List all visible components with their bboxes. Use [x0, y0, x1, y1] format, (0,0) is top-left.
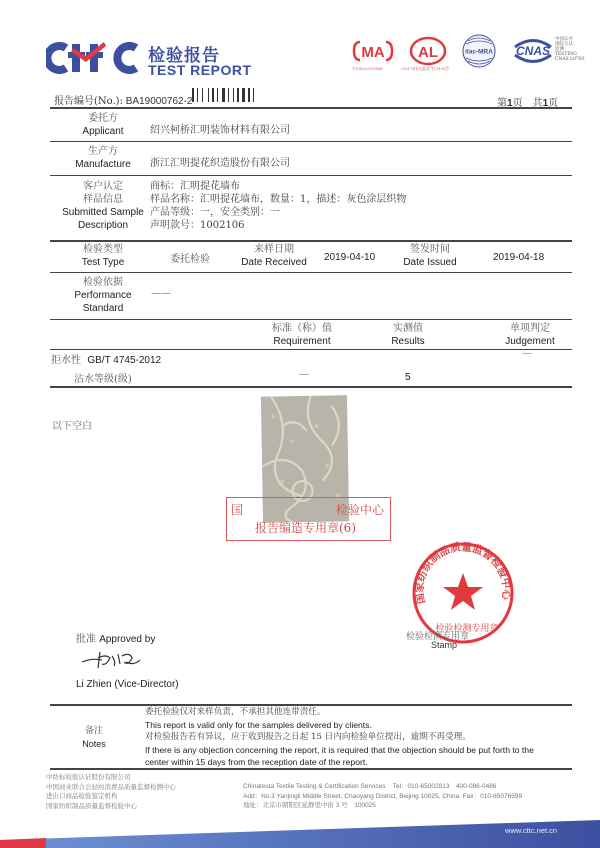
cma-number: 170033310366	[352, 66, 383, 71]
divider	[50, 141, 572, 142]
manufacture-label: 生产方 Manufacture	[47, 145, 159, 171]
divider	[50, 319, 572, 320]
result-value: 5	[405, 372, 411, 383]
website-link[interactable]: www.cttc.net.cn	[505, 826, 557, 835]
cal-number: (2017)国认监认字(319)号	[401, 66, 449, 72]
date-issued-value: 2019-04-18	[493, 252, 544, 263]
divider	[50, 107, 572, 109]
report-title-en: TEST REPORT	[148, 62, 252, 78]
date-issued-label: 签发时间 Date Issued	[398, 243, 462, 269]
sample-label: 客户认定 样品信息 Submitted Sample Description	[47, 180, 159, 232]
blank-below-note: 以下空白	[52, 417, 92, 432]
date-received-label: 来样日期 Date Received	[236, 243, 312, 269]
applicant-value: 绍兴柯桥汇明装饰材料有限公司	[150, 121, 290, 136]
stamp-label-en: Stamp	[431, 640, 457, 650]
report-stamp-rect: 国 检验中心 报告编造专用章(6)	[226, 497, 391, 541]
standard-value: ——	[151, 288, 171, 299]
column-results: 实测值 Results	[378, 322, 438, 348]
svg-text:CNAS: CNAS	[516, 44, 550, 58]
report-number: 报告编号(No.): BA19000762-2	[54, 92, 192, 107]
column-requirement: 标准（称）值 Requirement	[262, 322, 342, 348]
notes-text: 委托检验仅对来样负责，不承担其他连带责任。 This report is val…	[145, 706, 575, 769]
footer-orgs: 中纺标检验认证股份有限公司 中国商业联合会轻纺消费品质量监督检测中心 进出口商品…	[46, 773, 176, 811]
report-number-value: BA19000762-2	[126, 96, 193, 107]
divider	[50, 386, 572, 388]
svg-text:AL: AL	[418, 44, 438, 61]
manufacture-value: 浙江汇明提花织造股份有限公司	[150, 154, 290, 169]
result-item: 沾水等级(级)	[74, 370, 132, 385]
divider	[50, 240, 572, 242]
date-received-value: 2019-04-10	[324, 252, 375, 263]
approver-name: Li Zhien (Vice-Director)	[76, 679, 179, 690]
footer-contact: Chinatesta Textile Testing & Certificati…	[243, 782, 522, 811]
cttc-logo	[46, 40, 141, 74]
group-judgement: —	[522, 348, 532, 359]
notes-label: 备注 Notes	[44, 725, 144, 751]
sample-description: 商标：汇明提花墙布 样品名称：汇明提花墙布，数量：1，描述：灰色涂层织物 产品等…	[150, 180, 406, 232]
cma-icon: MA	[352, 40, 394, 62]
divider	[50, 175, 572, 176]
barcode-icon	[192, 88, 272, 102]
divider	[50, 768, 572, 770]
svg-text:MA: MA	[361, 44, 384, 61]
applicant-label: 委托方 Applicant	[47, 112, 159, 138]
ilac-mra-icon: ilac-MRA	[462, 34, 496, 68]
result-requirement: —	[299, 369, 309, 380]
test-group: 拒水性 GB/T 4745-2012	[51, 351, 161, 366]
approved-by-label: 批准 Approved by	[76, 630, 155, 645]
cnas-side-text: 中国认可 国际互认 检测 TESTING CNAS L0783	[555, 37, 585, 62]
cal-icon: AL	[409, 36, 447, 66]
test-type-value: 委托检验	[170, 250, 210, 265]
divider	[50, 272, 572, 273]
column-judgement: 单项判定 Judgement	[500, 322, 560, 348]
svg-text:ilac-MRA: ilac-MRA	[465, 49, 493, 56]
signature	[80, 648, 150, 672]
standard-label: 检验依据 Performance Standard	[47, 276, 159, 315]
test-type-label: 检验类型 Test Type	[47, 243, 159, 269]
cnas-icon: CNAS	[512, 38, 554, 64]
divider	[50, 349, 572, 350]
